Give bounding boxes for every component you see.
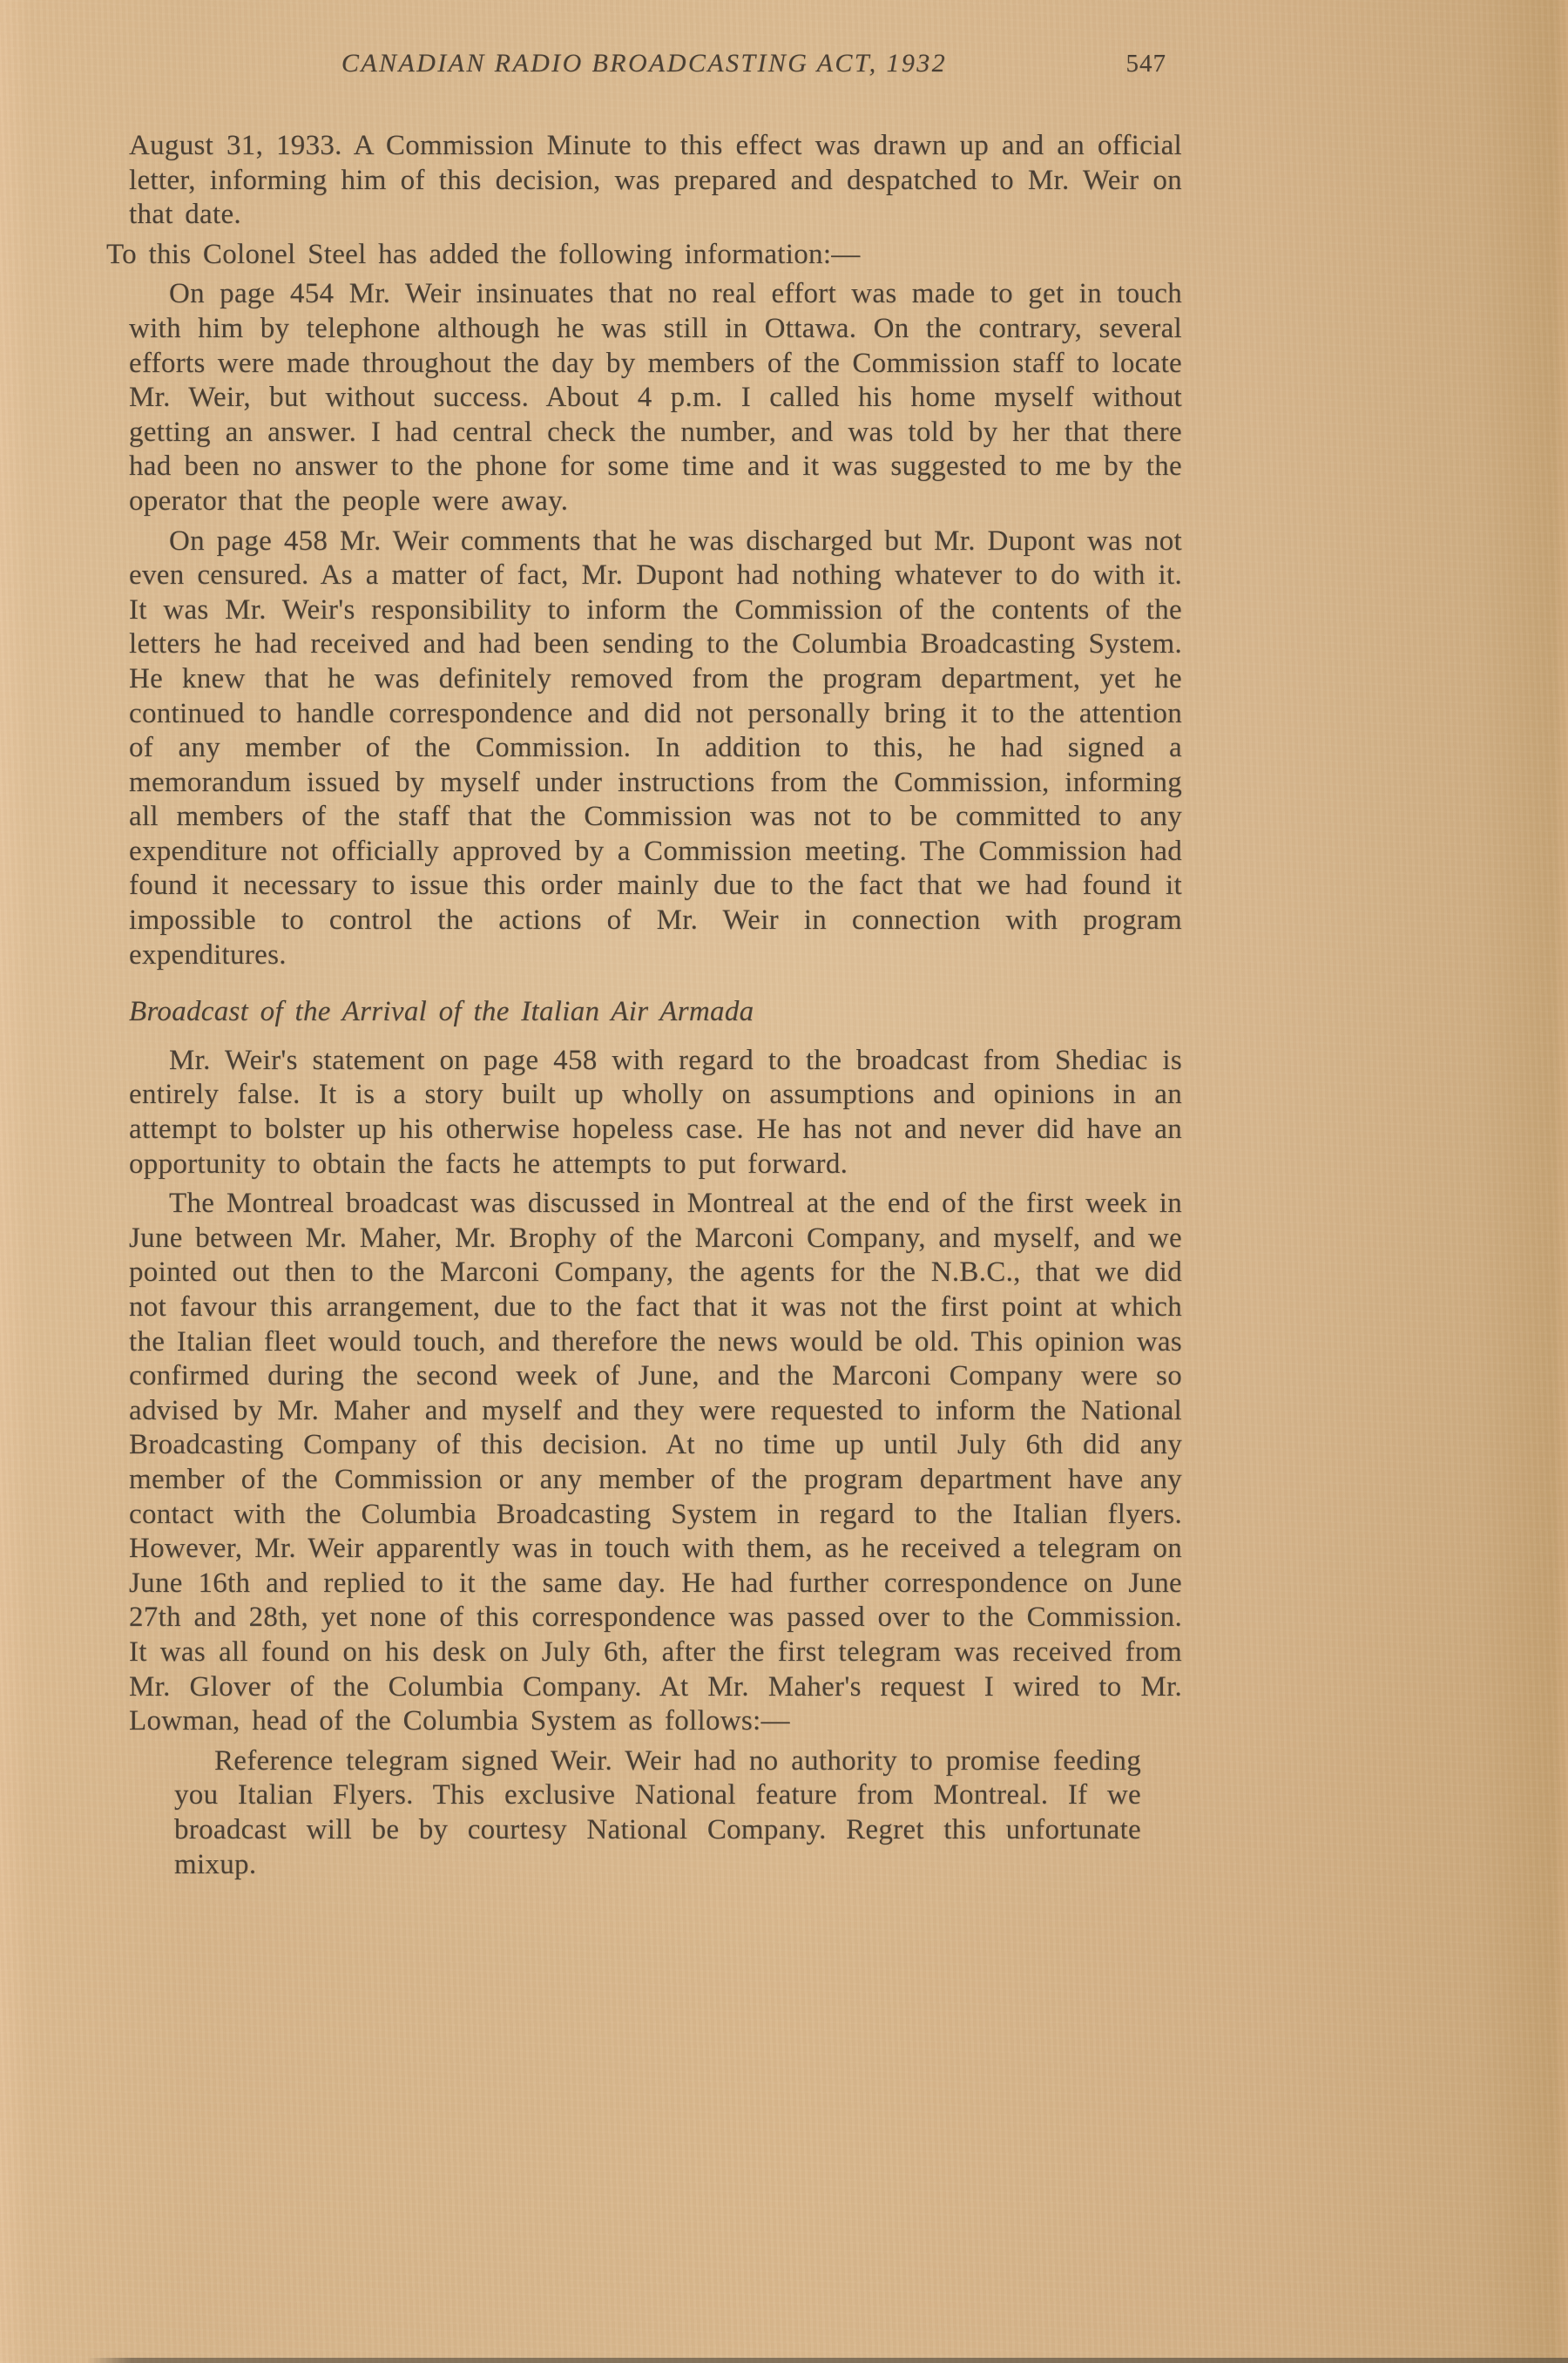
text-column: August 31, 1933. A Commission Minute to … [106,129,1182,1882]
paragraph-commission-minute: August 31, 1933. A Commission Minute to … [129,129,1182,233]
paragraph-page-454: On page 454 Mr. Weir insinuates that no … [129,277,1182,518]
page-number: 547 [1126,50,1167,78]
telegram-quote: Reference telegram signed Weir. Weir had… [174,1744,1141,1882]
paragraph-page-458: On page 458 Mr. Weir comments that he wa… [129,525,1182,973]
paragraph-weir-statement: Mr. Weir's statement on page 458 with re… [129,1044,1182,1181]
scanned-book-page: CANADIAN RADIO BROADCASTING ACT, 1932 54… [0,0,1568,2363]
section-heading-italian-air-armada: Broadcast of the Arrival of the Italian … [129,995,1182,1030]
scan-bottom-edge [87,2358,1568,2363]
paragraph-colonel-steel: To this Colonel Steel has added the foll… [106,238,1182,273]
running-head: CANADIAN RADIO BROADCASTING ACT, 1932 54… [106,49,1182,78]
paragraph-montreal-broadcast: The Montreal broadcast was discussed in … [129,1187,1182,1739]
running-head-title: CANADIAN RADIO BROADCASTING ACT, 1932 [341,49,947,78]
